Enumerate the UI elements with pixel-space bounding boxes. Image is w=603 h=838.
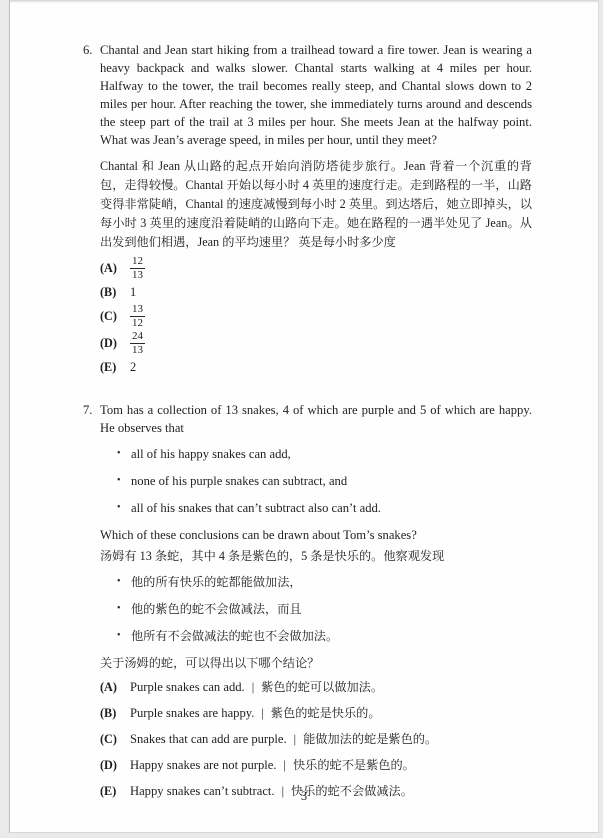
option-text-en: Purple snakes are happy. xyxy=(130,704,254,722)
problem-6-number: 6. xyxy=(83,41,100,379)
bullet-item: • 他的紫色的蛇不会做减法，而且 xyxy=(117,600,532,619)
fraction-value: 24 13 xyxy=(130,331,145,356)
option-label: (A) xyxy=(100,261,130,276)
option-text-en: Snakes that can add are purple. xyxy=(130,730,287,748)
problem-7-number: 7. xyxy=(83,401,100,808)
bullet-text: all of his happy snakes can add, xyxy=(131,445,532,463)
problem-7-options: (A) Purple snakes can add. | 紫色的蛇可以做加法。 … xyxy=(100,678,532,801)
fraction-value: 12 13 xyxy=(130,256,145,281)
problem-6-chinese-text: Chantal 和 Jean 从山路的起点开始向消防塔徒步旅行。Jean 背着一… xyxy=(100,157,532,252)
bullet-text: 他的所有快乐的蛇都能做加法， xyxy=(131,573,532,592)
option-label: (D) xyxy=(100,336,130,351)
divider: | xyxy=(261,706,263,721)
bullet-item: • all of his snakes that can’t subtract … xyxy=(117,499,532,517)
option-text-zh: 快乐的蛇不是紫色的。 xyxy=(293,756,415,775)
fraction-numerator: 13 xyxy=(130,304,145,316)
bullet-text: 他所有不会做减法的蛇也不会做加法。 xyxy=(131,627,532,646)
fraction-denominator: 12 xyxy=(130,316,145,329)
fraction-value: 13 12 xyxy=(130,304,145,329)
problem-7: 7. Tom has a collection of 13 snakes, 4 … xyxy=(83,401,532,808)
fraction-numerator: 24 xyxy=(130,331,145,343)
problem-7-chinese-question: 关于汤姆的蛇，可以得出以下哪个结论？ xyxy=(100,654,532,673)
problem-7-chinese-intro: 汤姆有 13 条蛇，其中 4 条是紫色的，5 条是快乐的。他察观发现 xyxy=(100,547,532,566)
bullet-icon: • xyxy=(117,600,131,619)
bullet-icon: • xyxy=(117,445,131,463)
option-row-c: (C) Snakes that can add are purple. | 能做… xyxy=(100,730,532,749)
option-text-zh: 紫色的蛇是快乐的。 xyxy=(271,704,381,723)
problem-6-body: Chantal and Jean start hiking from a tra… xyxy=(100,41,532,379)
problem-6-options: (A) 12 13 (B) 1 (C) 13 12 xyxy=(100,256,532,377)
document-page: 6. Chantal and Jean start hiking from a … xyxy=(9,0,599,833)
problem-7-body: Tom has a collection of 13 snakes, 4 of … xyxy=(100,401,532,808)
problem-6-english-text: Chantal and Jean start hiking from a tra… xyxy=(100,41,532,149)
bullet-text: none of his purple snakes can subtract, … xyxy=(131,472,532,490)
option-value: 1 xyxy=(130,285,136,300)
bullet-icon: • xyxy=(117,472,131,490)
fraction-denominator: 13 xyxy=(130,268,145,281)
bullet-item: • 他所有不会做减法的蛇也不会做加法。 xyxy=(117,627,532,646)
bullet-text: 他的紫色的蛇不会做减法，而且 xyxy=(131,600,532,619)
page-number: 3 xyxy=(10,789,598,804)
option-label: (B) xyxy=(100,285,130,300)
option-row-e: (E) 2 xyxy=(100,358,532,377)
problem-7-english-question: Which of these conclusions can be drawn … xyxy=(100,526,532,544)
page-content: 6. Chantal and Jean start hiking from a … xyxy=(10,0,598,808)
bullet-icon: • xyxy=(117,499,131,517)
fraction-numerator: 12 xyxy=(130,256,145,268)
option-text-en: Happy snakes are not purple. xyxy=(130,756,277,774)
option-label: (B) xyxy=(100,706,130,721)
bullet-icon: • xyxy=(117,627,131,646)
problem-6: 6. Chantal and Jean start hiking from a … xyxy=(83,41,532,379)
problem-7-english-intro: Tom has a collection of 13 snakes, 4 of … xyxy=(100,401,532,437)
divider: | xyxy=(294,732,296,747)
option-row-d: (D) 24 13 xyxy=(100,331,532,356)
option-label: (C) xyxy=(100,732,130,747)
problem-7-chinese-bullets: • 他的所有快乐的蛇都能做加法， • 他的紫色的蛇不会做减法，而且 • 他所有不… xyxy=(100,573,532,646)
option-text-zh: 能做加法的蛇是紫色的。 xyxy=(303,730,437,749)
option-row-d: (D) Happy snakes are not purple. | 快乐的蛇不… xyxy=(100,756,532,775)
option-row-b: (B) 1 xyxy=(100,283,532,302)
problem-7-english-bullets: • all of his happy snakes can add, • non… xyxy=(100,445,532,517)
option-value: 2 xyxy=(130,360,136,375)
option-label: (D) xyxy=(100,758,130,773)
option-row-b: (B) Purple snakes are happy. | 紫色的蛇是快乐的。 xyxy=(100,704,532,723)
option-label: (C) xyxy=(100,309,130,324)
option-row-a: (A) 12 13 xyxy=(100,256,532,281)
option-row-c: (C) 13 12 xyxy=(100,304,532,329)
bullet-item: • 他的所有快乐的蛇都能做加法， xyxy=(117,573,532,592)
divider: | xyxy=(252,680,254,695)
fraction-denominator: 13 xyxy=(130,343,145,356)
option-text-zh: 紫色的蛇可以做加法。 xyxy=(261,678,383,697)
option-text-en: Purple snakes can add. xyxy=(130,678,245,696)
bullet-item: • all of his happy snakes can add, xyxy=(117,445,532,463)
divider: | xyxy=(284,758,286,773)
option-row-a: (A) Purple snakes can add. | 紫色的蛇可以做加法。 xyxy=(100,678,532,697)
bullet-icon: • xyxy=(117,573,131,592)
option-label: (E) xyxy=(100,360,130,375)
option-label: (A) xyxy=(100,680,130,695)
bullet-text: all of his snakes that can’t subtract al… xyxy=(131,499,532,517)
bullet-item: • none of his purple snakes can subtract… xyxy=(117,472,532,490)
